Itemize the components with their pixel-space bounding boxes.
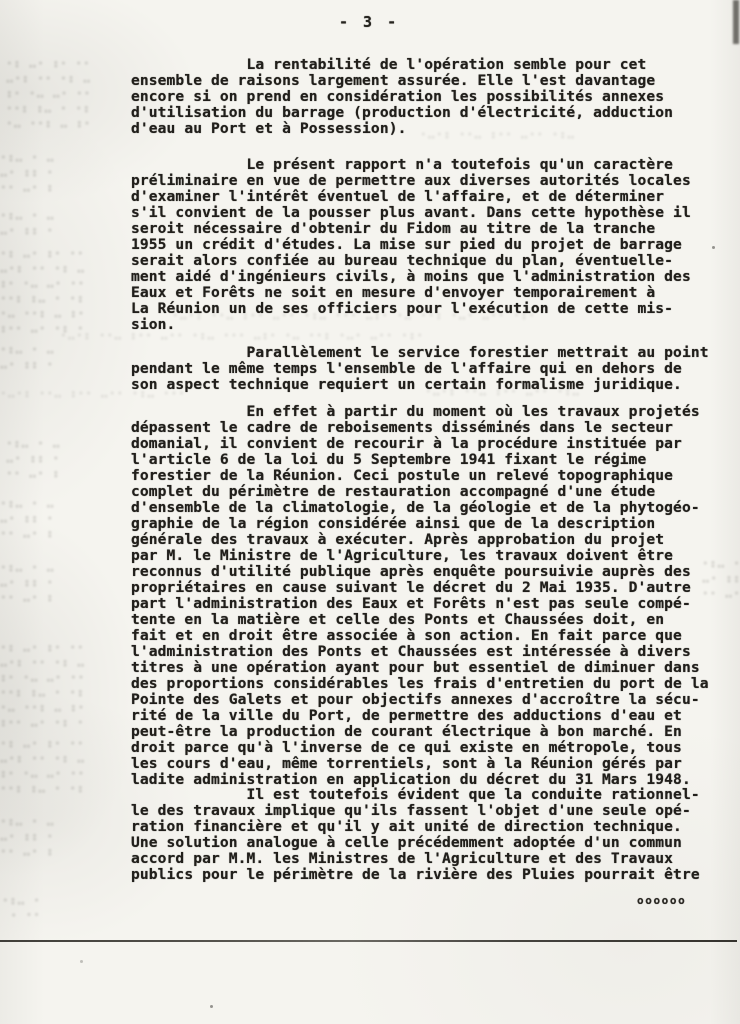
bleedthrough-smudge: ·‥·: ··‥ :·· ‥·· ·:‥ ··· ‥:· ·‥ ··: ·‥· …: [425, 384, 590, 398]
bleedthrough-smudge: ·‥·: ··‥ :·· ‥·· ·:‥ ··· ‥:· ·‥ ··: ·‥· …: [0, 386, 190, 400]
bleedthrough-smudge: ·:‥ · ‥ ‥· :: · ·· ‥· :: [0, 208, 60, 236]
bleedthrough-smudge: ·‥·: ··‥ :·· ‥·· ·:‥ ··· ‥:· ·‥ ··: ·‥· …: [60, 328, 580, 341]
page-number: - 3 -: [339, 13, 399, 31]
bleedthrough-smudge: ·:‥ · ‥ ‥· :: · ·· ‥· :: [0, 496, 95, 540]
end-of-text-marks: oooooo: [637, 894, 686, 907]
bleedthrough-smudge: ·:‥ · ‥ ‥· :: · ·· ‥· :: [6, 436, 116, 480]
bleedthrough-smudge: ·: ‥· :· ·· ‥·: ·· ·: ‥ :· ·‥ ‥· ·· ··: …: [0, 640, 135, 732]
ink-speck: [210, 1005, 213, 1008]
ink-speck: [80, 960, 83, 963]
scanned-document-page: - 3 - La rentabilité de l'opération semb…: [0, 0, 740, 1024]
footer-rule: [0, 940, 737, 942]
ink-speck: [712, 246, 715, 249]
paragraph-preliminary-report: Le présent rapport n'a toutefois qu'un c…: [131, 157, 691, 333]
paragraph-forest-service: Parallèlement le service forestier mettr…: [131, 345, 709, 393]
ink-speck: [520, 425, 523, 428]
paragraph-unified-direction: Il est toutefois évident que la conduite…: [131, 787, 700, 883]
bleedthrough-smudge: ·‥·: ··‥ :·· ‥·· ·:‥ ··· ‥:· ·‥ ··: ·‥· …: [172, 308, 622, 323]
bleedthrough-smudge: ·‥·: ··‥ :·· ‥·· ·:‥ ··· ‥:· ·‥ ··: ·‥· …: [420, 127, 585, 142]
bleedthrough-smudge: ·:‥ · ‥ ‥· :: · ·· ‥· :: [0, 560, 105, 602]
bleedthrough-smudge: ·:‥ · ‥ ‥· :: · ·· ‥· :: [0, 342, 75, 376]
bleedthrough-smudge: ·: ‥· :· ·· ‥·: ·· ·: ‥ :· ·‥ ‥· ·· ··: …: [6, 56, 216, 136]
bleedthrough-smudge: ·:‥ · ‥ ‥· :: · ·· ‥· :: [702, 556, 738, 616]
bleedthrough-smudge: ·: ‥· :· ·· ‥·: ·· ·: ‥ :· ·‥ ‥· ·· ··: …: [0, 736, 230, 794]
bleedthrough-smudge: ·:‥ · ‥ ‥· :: · ·· ‥· :: [0, 814, 130, 858]
bleedthrough-smudge: ·:‥ · ‥ ‥· :: · ·· ‥· :: [0, 150, 75, 195]
bleedthrough-smudge: ·:‥ · ‥ ‥· :: · ·· ‥· :: [2, 893, 47, 917]
paragraph-legal-procedure: En effet à partir du moment où les trava…: [131, 404, 709, 788]
bleedthrough-smudge: ·: ‥· :· ·· ‥·: ·· ·: ‥ :· ·‥ ‥· ·· ··: …: [0, 246, 95, 334]
scan-edge-artifact: [733, 0, 739, 44]
